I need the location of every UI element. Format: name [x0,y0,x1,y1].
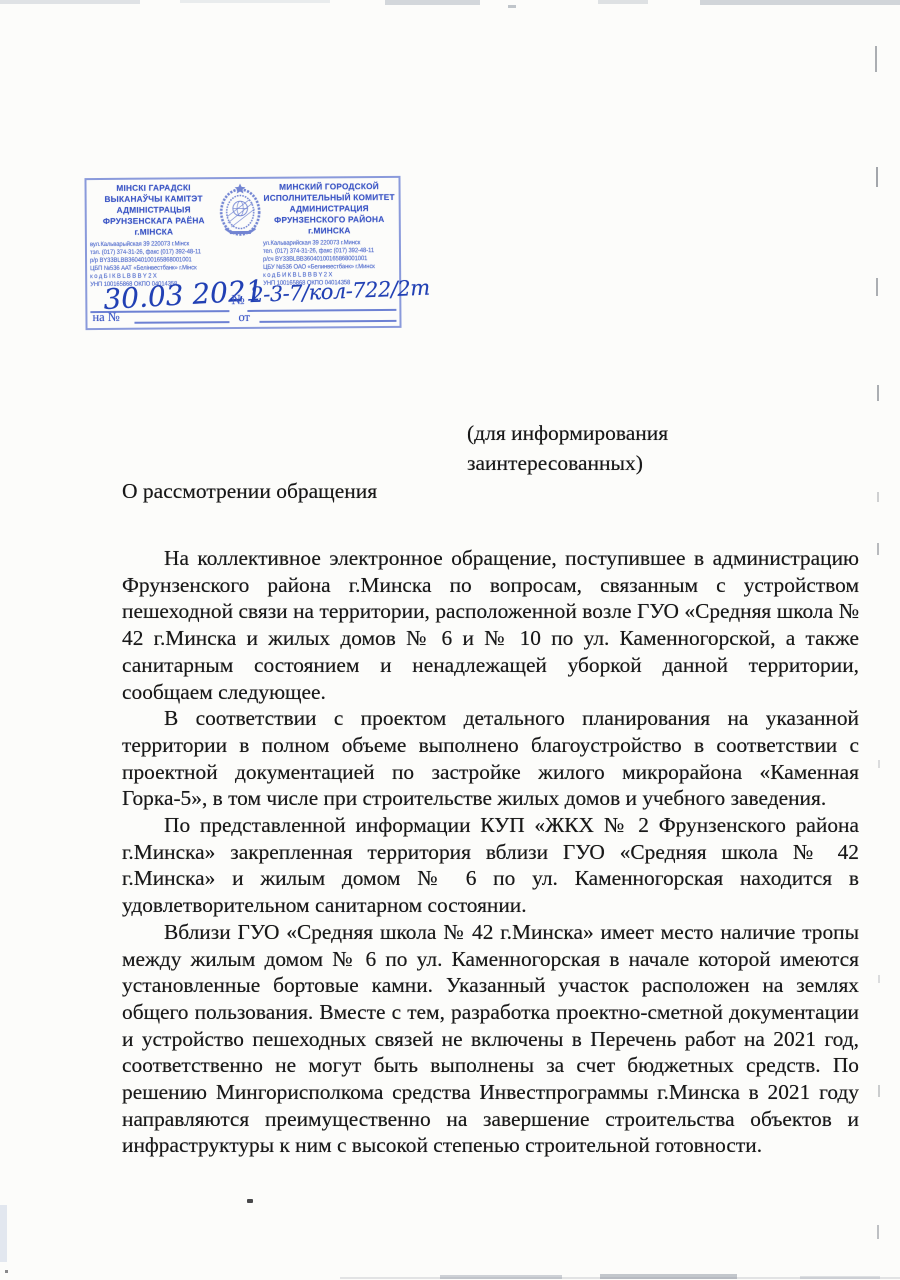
stamp-right-header-line: г.МИНСКА [263,225,396,237]
body-paragraph: Вблизи ГУО «Средняя школа № 42 г.Минска»… [122,919,859,1159]
stamp-left-header-line: АДМІНІСТРАЦЫЯ [90,204,218,216]
annotation-line-2: заинтересованных) [467,448,668,478]
letterhead-stamp: МІНСКІ ГАРАДСКІ ВЫКАНАЎЧЫ КАМІТЭТ АДМІНІ… [84,176,401,330]
body-paragraph: В соответствии с проектом детального пла… [122,705,859,812]
scan-artifact-top-band [598,0,648,4]
ot-blank-line [259,320,396,322]
scan-artifact-edge-dash [875,46,877,72]
stamp-left-column: МІНСКІ ГАРАДСКІ ВЫКАНАЎЧЫ КАМІТЭТ АДМІНІ… [90,182,219,288]
belarus-coat-of-arms-icon [217,182,264,240]
stamp-left-header-line: г.МІНСКА [90,226,218,238]
scan-artifact-edge-dash [878,1085,880,1097]
scan-artifact-top-speck [508,5,516,8]
scan-artifact-left-strip [0,1205,7,1262]
scan-artifact-edge-dash [877,492,879,502]
subject-line: О рассмотрении обращения [122,479,377,504]
number-underline [247,309,396,312]
scan-artifact-top-band [0,0,140,4]
scan-artifact-top-band [700,0,900,5]
scan-artifact-edge-dash [877,1225,879,1239]
scan-artifact-speck [5,1270,8,1273]
annotation-for-informing: (для информирования заинтересованных) [467,418,668,478]
stamp-left-header-line: МІНСКІ ГАРАДСКІ [90,182,218,194]
scan-artifact-edge-dash [877,385,879,401]
scan-artifact-bottom-band [800,1276,880,1279]
stamp-right-header-line: АДМИНИСТРАЦИЯ [263,203,396,215]
body-paragraph: На коллективное электронное обращение, п… [122,545,859,705]
scanned-letter-page: { "page": { "background": "#fcfcfa", "in… [0,0,900,1280]
scan-artifact-bottom-band [600,1274,737,1279]
stamp-left-header-line: ФРУНЗЕНСКАГА РАЁНА [90,215,218,227]
body-text: На коллективное электронное обращение, п… [122,545,859,1159]
body-paragraph: По представленной информации КУП «ЖКХ № … [122,812,859,919]
scan-artifact-top-band [180,0,330,3]
stamp-right-header-line: ФРУНЗЕНСКОГО РАЙОНА [263,214,396,226]
ot-label: от [238,310,250,325]
number-sign-label: № [231,293,244,309]
na-no-label: на № [92,310,119,325]
scan-artifact-edge-dash [876,167,878,187]
na-no-blank-line [134,321,229,323]
annotation-line-1: (для информирования [467,418,668,448]
scan-artifact-edge-dash [876,278,878,296]
stamp-left-header-line: ВЫКАНАЎЧЫ КАМІТЭТ [90,193,218,205]
stamp-right-column: МИНСКИЙ ГОРОДСКОЙ ИСПОЛНИТЕЛЬНЫЙ КОМИТЕТ… [263,181,397,287]
scan-artifact-edge-dash [878,760,880,768]
stamp-right-header-line: ИСПОЛНИТЕЛЬНЫЙ КОМИТЕТ [263,192,396,204]
scan-artifact-top-band [385,0,480,5]
scan-artifact-bottom-band [440,1275,562,1279]
stamp-right-header-line: МИНСКИЙ ГОРОДСКОЙ [263,181,396,193]
scan-artifact-edge-dash [878,975,880,983]
scan-artifact-speck [247,1199,253,1203]
scan-artifact-bottom-band [340,1277,900,1279]
scan-artifact-edge-dash [877,543,879,555]
